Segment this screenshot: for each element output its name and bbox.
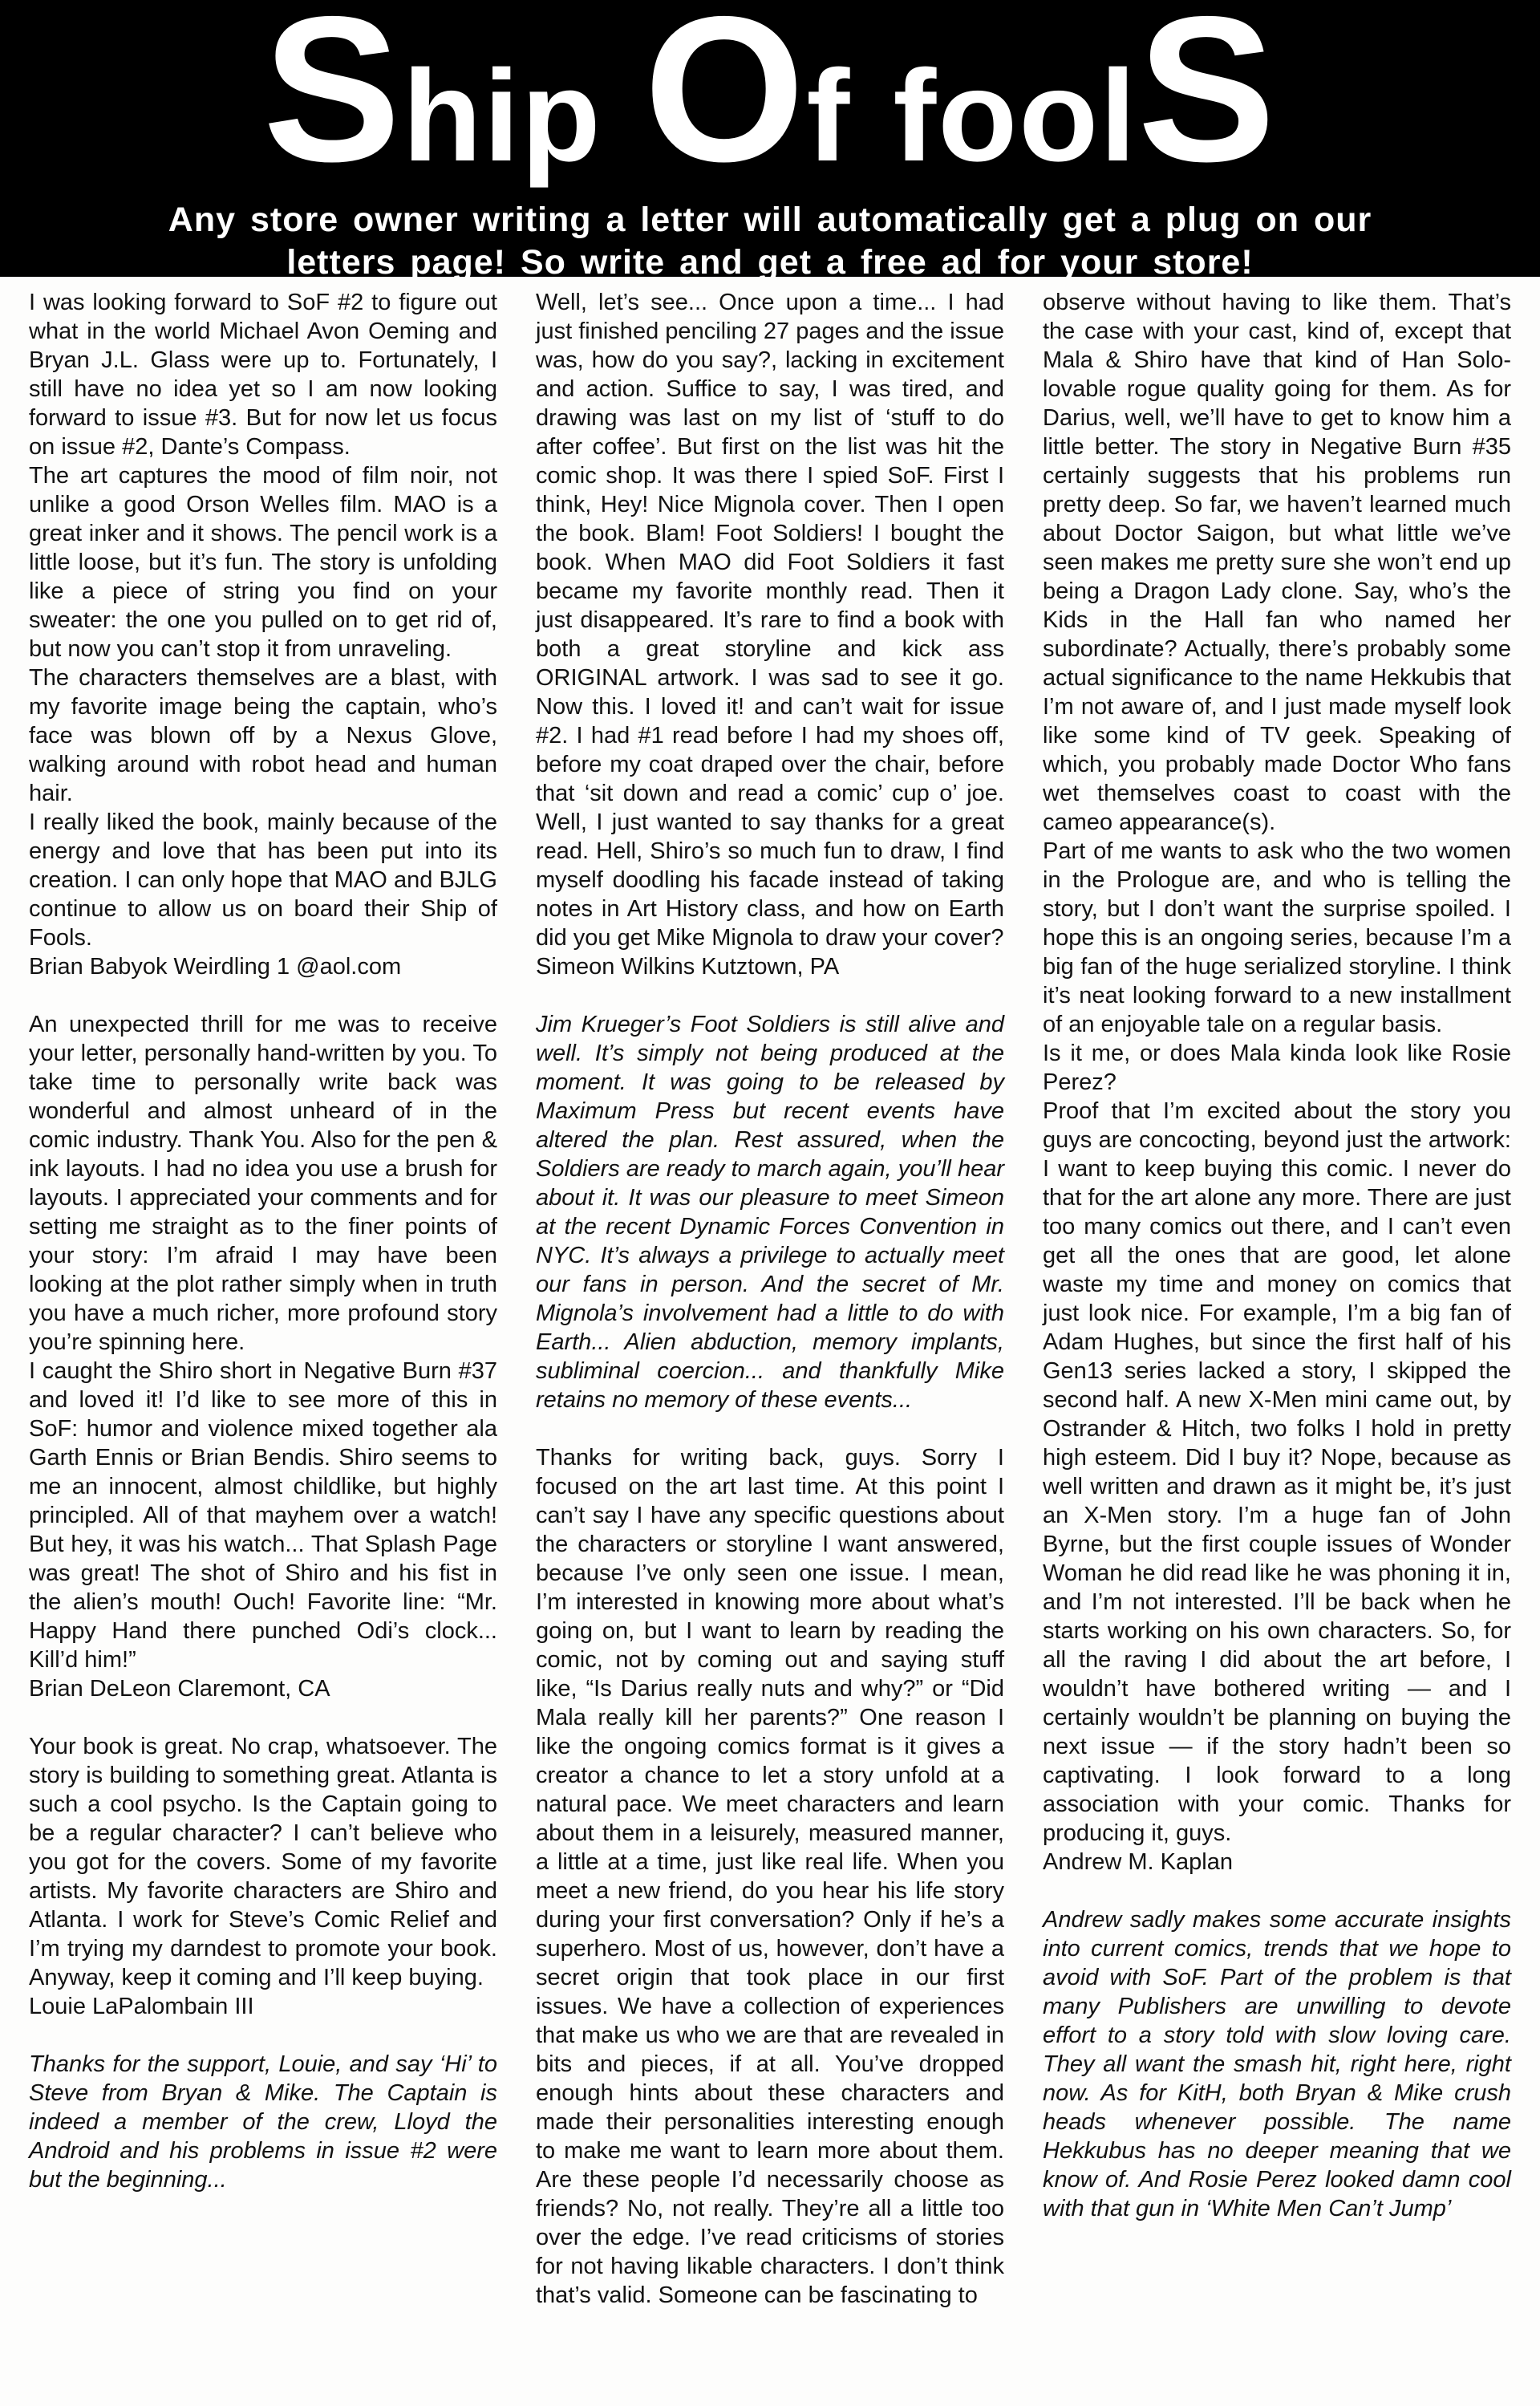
letter-paragraph: Proof that I’m excited about the story y…: [1043, 1097, 1511, 1848]
letter-paragraph: The characters themselves are a blast, w…: [29, 663, 497, 808]
letter-paragraph: Your book is great. No crap, whatsoever.…: [29, 1732, 497, 1992]
editor-reply: Thanks for the support, Louie, and say ‘…: [29, 2050, 497, 2194]
letter-signature: Brian DeLeon Claremont, CA: [29, 1674, 497, 1703]
store-owner-plug-tagline: Any store owner writing a letter will au…: [0, 199, 1540, 277]
title-letter-o: O: [644, 0, 807, 193]
title-word-ship: Ship: [263, 0, 602, 193]
title-word-of: Of: [644, 0, 852, 193]
tagline-line-1: Any store owner writing a letter will au…: [0, 199, 1540, 241]
letter-paragraph: Part of me wants to ask who the two wome…: [1043, 837, 1511, 1039]
letter-paragraph: I was looking forward to SoF #2 to figur…: [29, 288, 497, 461]
title-letters-hip: hip: [403, 51, 602, 181]
editor-reply: Andrew sadly makes some accurate insight…: [1043, 1905, 1511, 2223]
letter-paragraph: Is it me, or does Mala kinda look like R…: [1043, 1039, 1511, 1097]
letter-signature: Andrew M. Kaplan: [1043, 1848, 1511, 1877]
letter-signature: Brian Babyok Weirdling 1 @aol.com: [29, 952, 497, 981]
title-letter-s1: S: [263, 0, 403, 193]
title-letter-s2: S: [1137, 0, 1277, 193]
letter-paragraph: Well, let’s see... Once upon a time... I…: [536, 288, 1004, 952]
letters-body: I was looking forward to SoF #2 to figur…: [0, 277, 1540, 2406]
letter-signature: Louie LaPalombain III: [29, 1992, 497, 2021]
letters-column-3: observe without having to like them. Tha…: [1043, 288, 1511, 2406]
letter-paragraph: I caught the Shiro short in Negative Bur…: [29, 1357, 497, 1674]
letter-paragraph: An unexpected thrill for me was to recei…: [29, 1010, 497, 1357]
page-title: Ship Of foolS: [0, 0, 1540, 193]
letters-column-2: Well, let’s see... Once upon a time... I…: [536, 288, 1004, 2406]
title-word-fools: foolS: [893, 0, 1277, 193]
letter-paragraph: I really liked the book, mainly because …: [29, 808, 497, 952]
letters-page: Ship Of foolS Any store owner writing a …: [0, 0, 1540, 2406]
page-header: Ship Of foolS Any store owner writing a …: [0, 0, 1540, 277]
letter-signature: Simeon Wilkins Kutztown, PA: [536, 952, 1004, 981]
tagline-line-2: letters page! So write and get a free ad…: [0, 241, 1540, 277]
title-letter-f: f: [806, 51, 851, 181]
letter-paragraph: The art captures the mood of film noir, …: [29, 461, 497, 663]
letter-paragraph: Thanks for writing back, guys. Sorry I f…: [536, 1443, 1004, 2310]
letter-paragraph: observe without having to like them. Tha…: [1043, 288, 1511, 837]
editor-reply: Jim Krueger’s Foot Soldiers is still ali…: [536, 1010, 1004, 1414]
letters-column-1: I was looking forward to SoF #2 to figur…: [29, 288, 497, 2406]
title-letters-fool: fool: [893, 51, 1137, 181]
